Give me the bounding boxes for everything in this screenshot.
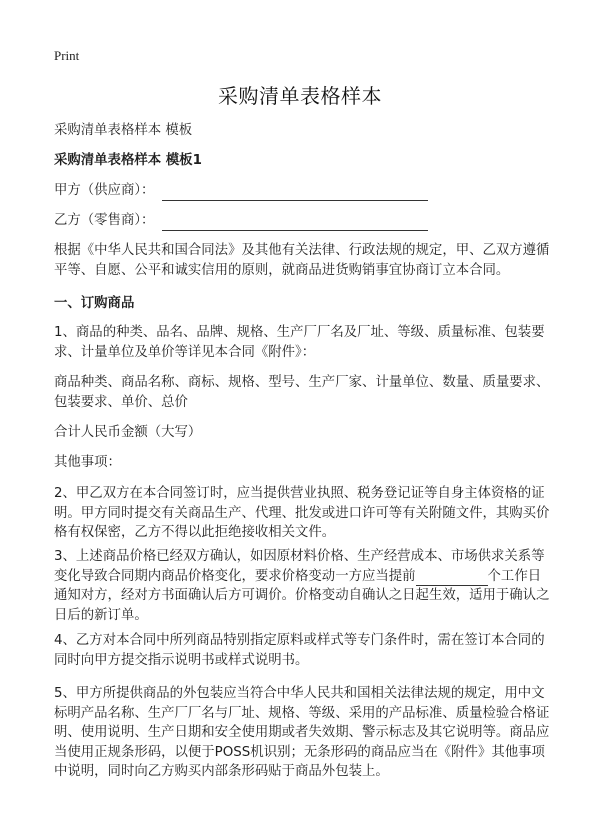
party-b-field[interactable] (162, 216, 428, 231)
party-a-label: 甲方（供应商）： (54, 181, 154, 201)
document-subtitle: 采购清单表格样本 模板 (54, 121, 554, 141)
clause-1: 1、商品的种类、品名、品牌、规格、生产厂厂名及厂址、等级、质量标准、包装要求、计… (54, 323, 554, 362)
item-fields-list: 商品种类、商品名称、商标、规格、型号、生产厂家、计量单位、数量、质量要求、包装要… (54, 373, 554, 412)
template-heading: 采购清单表格样本 模板1 (54, 151, 554, 171)
party-b-label: 乙方（零售商）： (54, 211, 154, 231)
party-a-field[interactable] (162, 186, 428, 201)
clause-4: 4、乙方对本合同中所列商品特别指定原料或样式等专门条件时，需在签订本合同的同时向… (54, 631, 554, 670)
clause-2: 2、甲乙双方在本合同签订时，应当提供营业执照、税务登记证等自身主体资格的证明。甲… (54, 484, 554, 543)
clause-3: 3、上述商品价格已经双方确认，如因原材料价格、生产经营成本、市场供求关系等变化导… (54, 547, 554, 625)
clause-3-days-blank[interactable] (416, 571, 488, 586)
clause-5: 5、甲方所提供商品的外包装应当符合中华人民共和国相关法律法规的规定，用中文标明产… (54, 684, 554, 782)
total-amount-label: 合计人民币金额（大写） (54, 423, 554, 443)
party-b-row: 乙方（零售商）： (54, 211, 554, 231)
print-link[interactable]: Print (54, 48, 79, 64)
preamble-paragraph: 根据《中华人民共和国合同法》及其他有关法律、行政法规的规定，甲、乙双方遵循平等、… (54, 241, 554, 280)
party-a-row: 甲方（供应商）： (54, 181, 554, 201)
section-1-heading: 一、订购商品 (54, 294, 554, 314)
page-title: 采购清单表格样本 (0, 80, 600, 109)
other-matters-label: 其他事项： (54, 453, 554, 473)
document-page: Print 采购清单表格样本 采购清单表格样本 模板 采购清单表格样本 模板1 … (0, 0, 600, 828)
